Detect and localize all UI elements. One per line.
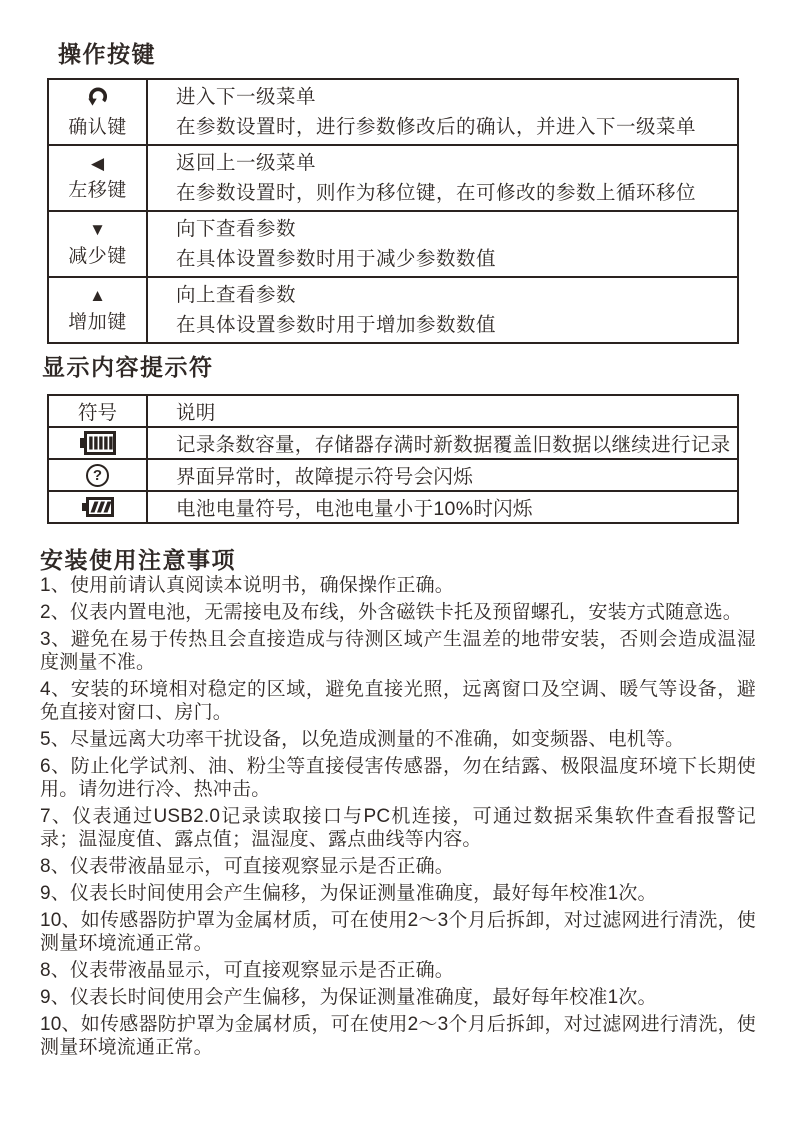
battery-level-icon xyxy=(82,497,114,517)
table-row: 记录条数容量，存储器存满时新数据覆盖旧数据以继续进行记录 xyxy=(48,427,738,459)
confirm-loop-icon xyxy=(85,86,111,109)
key-desc-line: 在具体设置参数时用于减少参数数值 xyxy=(176,244,735,274)
list-item: 7、仪表通过USB2.0记录读取接口与PC机连接，可通过数据采集软件查看报警记录… xyxy=(40,805,756,851)
table-row: ? 界面异常时，故障提示符号会闪烁 xyxy=(48,459,738,491)
manual-page: 操作按键 确认键 进入下一级菜单 xyxy=(0,0,790,1137)
list-item: 5、尽量远离大功率干扰设备，以免造成测量的不准确，如变频器、电机等。 xyxy=(40,728,756,751)
precautions-list: 1、使用前请认真阅读本说明书，确保操作正确。 2、仪表内置电池，无需接电及布线，… xyxy=(40,574,756,1063)
key-desc-line: 进入下一级菜单 xyxy=(176,82,735,112)
list-item: 2、仪表内置电池，无需接电及布线，外含磁铁卡托及预留螺孔，安装方式随意选。 xyxy=(40,601,756,624)
list-item: 8、仪表带液晶显示，可直接观察显示是否正确。 xyxy=(40,959,756,982)
indicator-description: 电池电量符号，电池电量小于10%时闪烁 xyxy=(147,491,738,523)
table-row: ◀ 左移键 返回上一级菜单 在参数设置时，则作为移位键，在可修改的参数上循环移位 xyxy=(48,145,738,211)
key-name-label: 增加键 xyxy=(68,307,127,334)
section-title-precautions: 安装使用注意事项 xyxy=(40,542,236,575)
list-item: 10、如传感器防护罩为金属材质，可在使用2～3个月后拆卸，对过滤网进行清洗，使测… xyxy=(40,1013,756,1059)
key-name-label: 确认键 xyxy=(68,112,127,139)
list-item: 1、使用前请认真阅读本说明书，确保操作正确。 xyxy=(40,574,756,597)
list-item: 8、仪表带液晶显示，可直接观察显示是否正确。 xyxy=(40,855,756,878)
key-name-label: 左移键 xyxy=(68,175,127,202)
operation-keys-table: 确认键 进入下一级菜单 在参数设置时，进行参数修改后的确认，并进入下一级菜单 ◀… xyxy=(47,78,739,344)
fault-question-icon: ? xyxy=(86,464,109,487)
indicator-description: 记录条数容量，存储器存满时新数据覆盖旧数据以继续进行记录 xyxy=(147,427,738,459)
key-desc-line: 在参数设置时，则作为移位键，在可修改的参数上循环移位 xyxy=(176,178,735,208)
column-header-symbol: 符号 xyxy=(48,395,147,427)
indicators-table: 符号 说明 xyxy=(47,394,739,524)
list-item: 9、仪表长时间使用会产生偏移，为保证测量准确度，最好每年校准1次。 xyxy=(40,882,756,905)
table-row: 确认键 进入下一级菜单 在参数设置时，进行参数修改后的确认，并进入下一级菜单 xyxy=(48,79,738,145)
down-arrow-icon: ▼ xyxy=(89,221,106,238)
key-desc-line: 在具体设置参数时用于增加参数数值 xyxy=(176,310,735,340)
key-desc-line: 在参数设置时，进行参数修改后的确认，并进入下一级菜单 xyxy=(176,112,735,142)
up-arrow-icon: ▲ xyxy=(89,287,106,304)
list-item: 9、仪表长时间使用会产生偏移，为保证测量准确度，最好每年校准1次。 xyxy=(40,986,756,1009)
table-header-row: 符号 说明 xyxy=(48,395,738,427)
table-row: ▲ 增加键 向上查看参数 在具体设置参数时用于增加参数数值 xyxy=(48,277,738,343)
list-item: 10、如传感器防护罩为金属材质，可在使用2～3个月后拆卸，对过滤网进行清洗，使测… xyxy=(40,909,756,955)
record-capacity-icon xyxy=(80,431,116,455)
key-desc-line: 向下查看参数 xyxy=(176,214,735,244)
section-title-operation-keys: 操作按键 xyxy=(58,36,156,69)
column-header-description: 说明 xyxy=(147,395,738,427)
left-arrow-icon: ◀ xyxy=(91,155,104,172)
key-desc-line: 返回上一级菜单 xyxy=(176,148,735,178)
list-item: 4、安装的环境相对稳定的区域，避免直接光照，远离窗口及空调、暖气等设备，避免直接… xyxy=(40,678,756,724)
list-item: 3、避免在易于传热且会直接造成与待测区域产生温差的地带安装，否则会造成温湿度测量… xyxy=(40,628,756,674)
table-row: 电池电量符号，电池电量小于10%时闪烁 xyxy=(48,491,738,523)
key-desc-line: 向上查看参数 xyxy=(176,280,735,310)
section-title-indicators: 显示内容提示符 xyxy=(42,349,214,382)
table-row: ▼ 减少键 向下查看参数 在具体设置参数时用于减少参数数值 xyxy=(48,211,738,277)
list-item: 6、防止化学试剂、油、粉尘等直接侵害传感器，勿在结露、极限温度环境下长期使用。请… xyxy=(40,755,756,801)
indicator-description: 界面异常时，故障提示符号会闪烁 xyxy=(147,459,738,491)
key-name-label: 减少键 xyxy=(68,241,127,268)
